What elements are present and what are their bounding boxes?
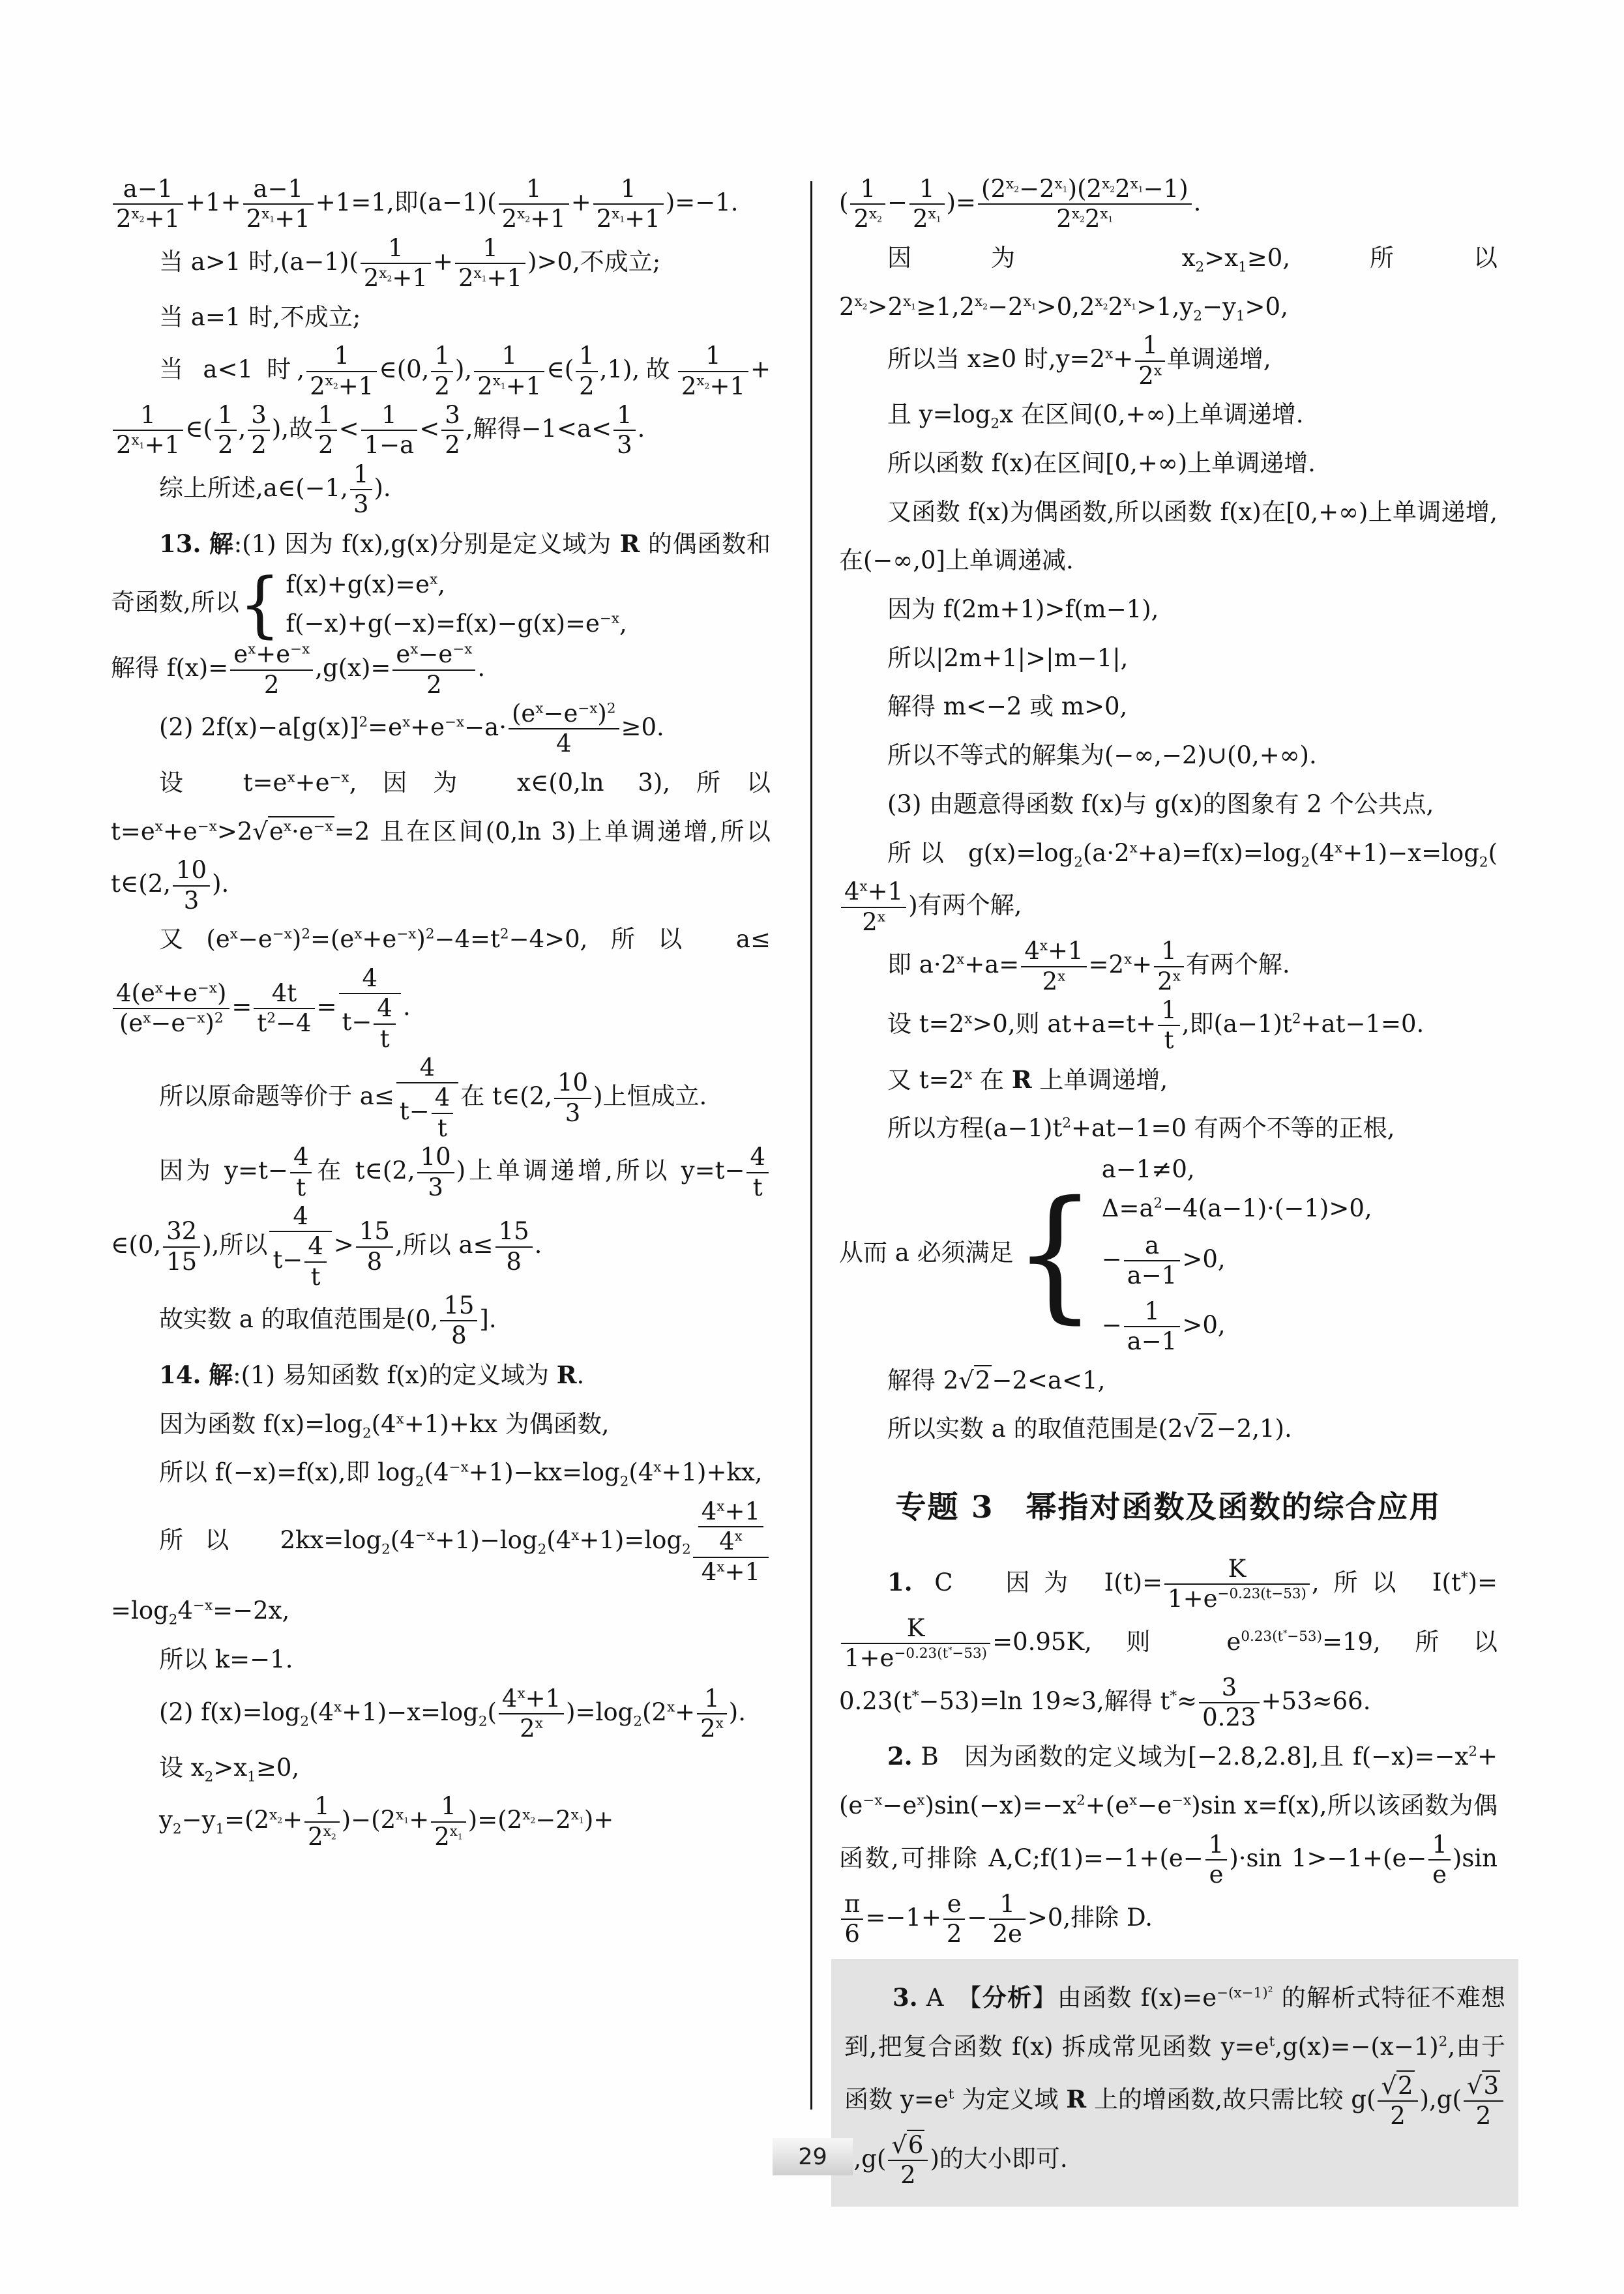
math-paragraph: 又 t=2x 在 R 上单调递增, [839, 1055, 1498, 1105]
math-paragraph: 因为 y=t−4t在 t∈(2,103)上单调递增,所以 y=t−4t∈(0,3… [111, 1143, 771, 1291]
math-paragraph: 解得 m<−2 或 m>0, [839, 683, 1498, 731]
math-paragraph: a−12x2+1+1+a−12x1+1+1=1,即(a−1)(12x2+1+12… [111, 175, 771, 234]
math-paragraph: 因为函数 f(x)=log2(4x+1)+kx 为偶函数, [111, 1400, 771, 1449]
problem-13-solution-start: 13. 解:(1) 因为 f(x),g(x)分别是定义域为 R 的偶函数和奇函数… [111, 520, 771, 641]
left-column: a−12x2+1+1+a−12x1+1+1=1,即(a−1)(12x2+1+12… [111, 175, 771, 1851]
math-paragraph: (3) 由题意得函数 f(x)与 g(x)的图象有 2 个公共点, [839, 780, 1498, 829]
highlighted-analysis-box: 3. A 【分析】由函数 f(x)=e−(x−1)2 的解析式特征不难想到,把复… [831, 1959, 1518, 2207]
math-paragraph: 综上所述,a∈(−1,13). [111, 460, 771, 520]
math-paragraph: 故实数 a 的取值范围是(0,158]. [111, 1291, 771, 1351]
math-paragraph: 当 a=1 时,不成立; [111, 293, 771, 342]
math-paragraph: 所以实数 a 的取值范围是(22−2,1). [839, 1405, 1498, 1454]
math-paragraph: 所以 2kx=log2(4−x+1)−log2(4x+1)=log24x+14x… [111, 1497, 771, 1636]
math-paragraph: 所以原命题等价于 a≤4t−4t在 t∈(2,103)上恒成立. [111, 1053, 771, 1143]
math-paragraph: (2) 2f(x)−a[g(x)]2=ex+e−x−a·(ex−e−x)24≥0… [111, 699, 771, 759]
math-paragraph: y2−y1=(2x2+12x2)−(2x1+12x1)=(2x2−2x1)+ [111, 1792, 771, 1851]
math-paragraph: 所以 f(−x)=f(x),即 log2(4−x+1)−kx=log2(4x+1… [111, 1448, 771, 1497]
page-number: 29 [798, 2144, 827, 2170]
math-paragraph: 从而 a 必须满足{a−1≠0,Δ=a2−4(a−1)·(−1)>0,−aa−1… [839, 1153, 1498, 1356]
math-paragraph: (2) f(x)=log2(4x+1)−x=log2(4x+12x)=log2(… [111, 1684, 771, 1744]
math-paragraph: 当 a<1 时,12x2+1∈(0,12),12x1+1∈(12,1),故12x… [111, 342, 771, 460]
math-paragraph: 即 a·2x+a=4x+12x=2x+12x有两个解. [839, 937, 1498, 996]
math-paragraph: 所以方程(a−1)t2+at−1=0 有两个不等的正根, [839, 1104, 1498, 1153]
problem-14-solution-start: 14. 解:(1) 易知函数 f(x)的定义域为 R. [111, 1351, 771, 1400]
math-paragraph: (12x2−12x1)=(2x2−2x1)(2x22x1−1)2x22x1. [839, 175, 1498, 234]
math-paragraph: 且 y=log2x 在区间(0,+∞)上单调递增. [839, 390, 1498, 439]
math-paragraph: 解得 22−2<a<1, [839, 1357, 1498, 1405]
math-paragraph: 当 a>1 时,(a−1)(12x2+1+12x1+1)>0,不成立; [111, 234, 771, 293]
right-column: (12x2−12x1)=(2x2−2x1)(2x22x1−1)2x22x1. 因… [839, 175, 1498, 2207]
math-paragraph: 设 t=2x>0,则 at+a=t+1t,即(a−1)t2+at−1=0. [839, 996, 1498, 1055]
math-paragraph: 所以不等式的解集为(−∞,−2)∪(0,+∞). [839, 731, 1498, 780]
math-paragraph: 设 t=ex+e−x,因为 x∈(0,ln 3),所以 t=ex+e−x>2ex… [111, 759, 771, 915]
topic3-problem-2-answer: 2. B 因为函数的定义域为[−2.8,2.8],且 f(−x)=−x2+(e−… [839, 1732, 1498, 1948]
math-paragraph: 所以 k=−1. [111, 1636, 771, 1684]
book-page: a−12x2+1+1+a−12x1+1+1=1,即(a−1)(12x2+1+12… [0, 0, 1624, 2294]
column-divider [810, 181, 812, 2110]
topic3-problem-3-analysis: 3. A 【分析】由函数 f(x)=e−(x−1)2 的解析式特征不难想到,把复… [844, 1973, 1505, 2190]
math-paragraph: 又函数 f(x)为偶函数,所以函数 f(x)在[0,+∞)上单调递增,在(−∞,… [839, 488, 1498, 585]
topic3-problem-1-answer: 1. C 因为 I(t)=K1+e−0.23(t−53),所以 I(t*)=K1… [839, 1555, 1498, 1732]
math-paragraph: 所以当 x≥0 时,y=2x+12x单调递增, [839, 331, 1498, 390]
math-paragraph: 因为 x2>x1≥0,所以 2x2>2x1≥1,2x2−2x1>0,2x22x1… [839, 234, 1498, 331]
math-paragraph: 解得 f(x)=ex+e−x2,g(x)=ex−e−x2. [111, 640, 771, 699]
page-number-badge: 29 [773, 2138, 853, 2175]
math-paragraph: 因为 f(2m+1)>f(m−1), [839, 585, 1498, 634]
topic-heading: 专题 3 幂指对函数及函数的综合应用 [839, 1477, 1498, 1539]
math-paragraph: 所以|2m+1|>|m−1|, [839, 634, 1498, 683]
math-paragraph: 所以 g(x)=log2(a·2x+a)=f(x)=log2(4x+1)−x=l… [839, 829, 1498, 937]
math-paragraph: 所以函数 f(x)在区间[0,+∞)上单调递增. [839, 439, 1498, 488]
math-paragraph: 又(ex−e−x)2=(ex+e−x)2−4=t2−4>0,所以 a≤4(ex+… [111, 915, 771, 1053]
math-paragraph: 设 x2>x1≥0, [111, 1744, 771, 1793]
